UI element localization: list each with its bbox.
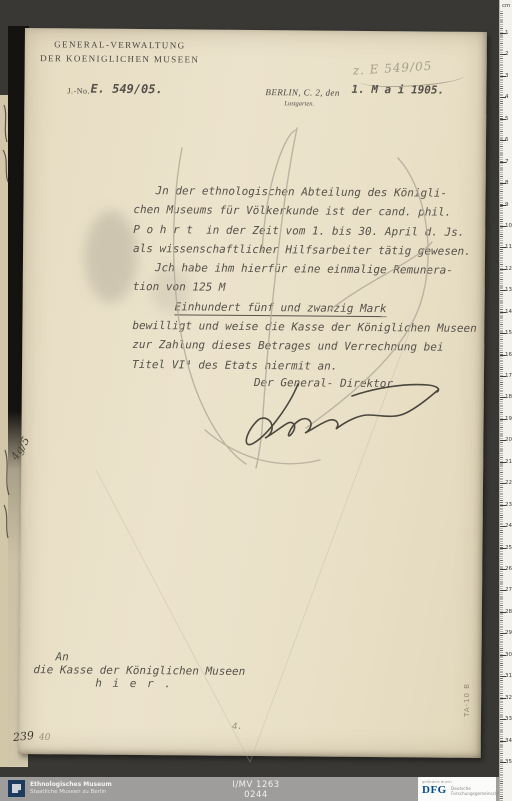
address-line: h i e r . <box>33 676 245 691</box>
foliation-number: 239 <box>12 729 34 744</box>
rotated-shelf-mark: TA-10 B <box>463 683 471 717</box>
dateline-street: Lustgarten. <box>284 100 314 107</box>
journal-number-label: J.-No. <box>67 86 90 95</box>
dfg-abbr: DFG <box>422 784 447 796</box>
body-line: zur Zahlung dieses Betrages und Verrechn… <box>132 335 480 357</box>
body-line: Titel VI⁴ des Etats hiermit an. <box>132 355 480 377</box>
paper-smudge <box>85 211 138 303</box>
ruler: cm12345678910111213141516171819202122232… <box>499 0 512 801</box>
closing-title: Der General- Direktor <box>254 376 393 390</box>
journal-number-value: E. 549/05. <box>90 82 162 97</box>
faint-center-mark: 4. <box>232 722 243 732</box>
underlined-amount: Einhundert fünf und zwanzig Mark <box>175 300 387 317</box>
dateline-date: 1. M a i 1905. <box>351 83 444 97</box>
address-block: An die Kasse der Königlichen Museen h i … <box>33 650 245 691</box>
dfg-logo: gefördert durch DFG Deutsche Forschungsg… <box>418 777 496 801</box>
archive-footer-bar: Ethnologisches Museum Staatliche Museen … <box>0 777 512 801</box>
document-page: GENERAL-VERWALTUNG DER KOENIGLICHEN MUSE… <box>19 28 487 758</box>
dfg-full-name: Deutsche Forschungsgemeinschaft <box>451 786 503 796</box>
dateline-place: BERLIN, C. 2, den <box>265 87 339 98</box>
address-line: die Kasse der Königlichen Museen <box>33 663 245 678</box>
body-line: chen Museums für Völkerkunde ist der can… <box>133 200 481 222</box>
letterhead-line1: GENERAL-VERWALTUNG <box>39 39 201 50</box>
letterhead-line2: DER KOENIGLICHEN MUSEEN <box>31 53 209 65</box>
scan-viewport: GENERAL-VERWALTUNG DER KOENIGLICHEN MUSE… <box>0 0 512 801</box>
letter-body: Jn der ethnologischen Abteilung des Köni… <box>132 181 482 377</box>
faint-pencil-mark: 40 <box>39 733 50 743</box>
